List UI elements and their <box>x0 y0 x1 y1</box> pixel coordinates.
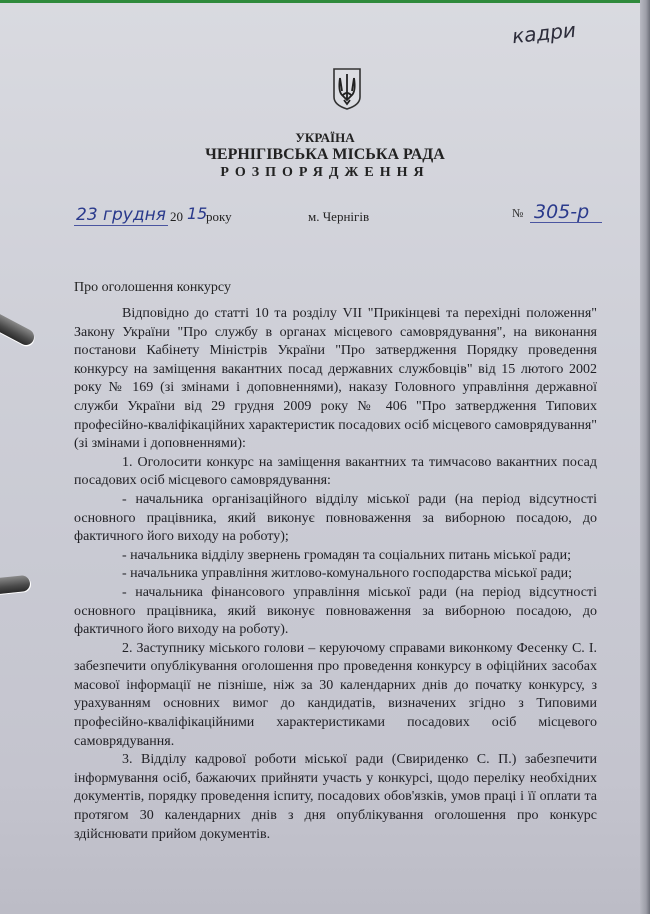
paragraph-item-2: 2. Заступнику міського голови – керуючом… <box>74 640 597 752</box>
paragraph-item-3: 3. Відділу кадрової роботи міської ради … <box>74 751 597 844</box>
date-number-row: 23 грудня 20 15 року м. Чернігів № 305-р <box>0 203 640 233</box>
number-handwritten: 305-р <box>534 201 589 223</box>
year-handwritten: 15 <box>187 204 207 223</box>
date-underline <box>74 225 168 226</box>
number-underline <box>530 222 602 223</box>
handwritten-corner-note: кадри <box>511 18 577 49</box>
page-stack-edge <box>640 0 650 914</box>
binder-ring-bottom <box>0 575 31 596</box>
paragraph-item-1: 1. Оголосити конкурс на заміщення вакант… <box>74 454 597 491</box>
header-country: УКРАЇНА <box>0 130 640 146</box>
paragraph-position-4: - начальника фінансового управління місь… <box>74 584 597 640</box>
document-body: Відповідно до статті 10 та розділу VII "… <box>74 305 597 844</box>
header-council: ЧЕРНІГІВСЬКА МІСЬКА РАДА <box>0 146 640 164</box>
year-prefix: 20 <box>170 209 183 225</box>
year-suffix: року <box>206 209 232 225</box>
date-handwritten: 23 грудня <box>76 205 166 225</box>
number-label: № <box>512 206 523 221</box>
paragraph-position-1: - начальника організаційного відділу міс… <box>74 491 597 547</box>
document-page: кадри УКРАЇНА ЧЕРНІГІВСЬКА МІСЬКА РАДА Р… <box>0 3 640 914</box>
paragraph-position-3: - начальника управління житлово-комуналь… <box>74 565 597 584</box>
coat-of-arms-icon <box>332 67 362 111</box>
paragraph-position-2: - начальника відділу звернень громадян т… <box>74 547 597 566</box>
paragraph-preamble: Відповідно до статті 10 та розділу VII "… <box>74 305 597 454</box>
document-title: Про оголошення конкурсу <box>74 280 231 296</box>
city: м. Чернігів <box>308 209 369 225</box>
header-doc-type: РОЗПОРЯДЖЕННЯ <box>0 165 640 181</box>
binder-ring-top <box>0 310 37 348</box>
